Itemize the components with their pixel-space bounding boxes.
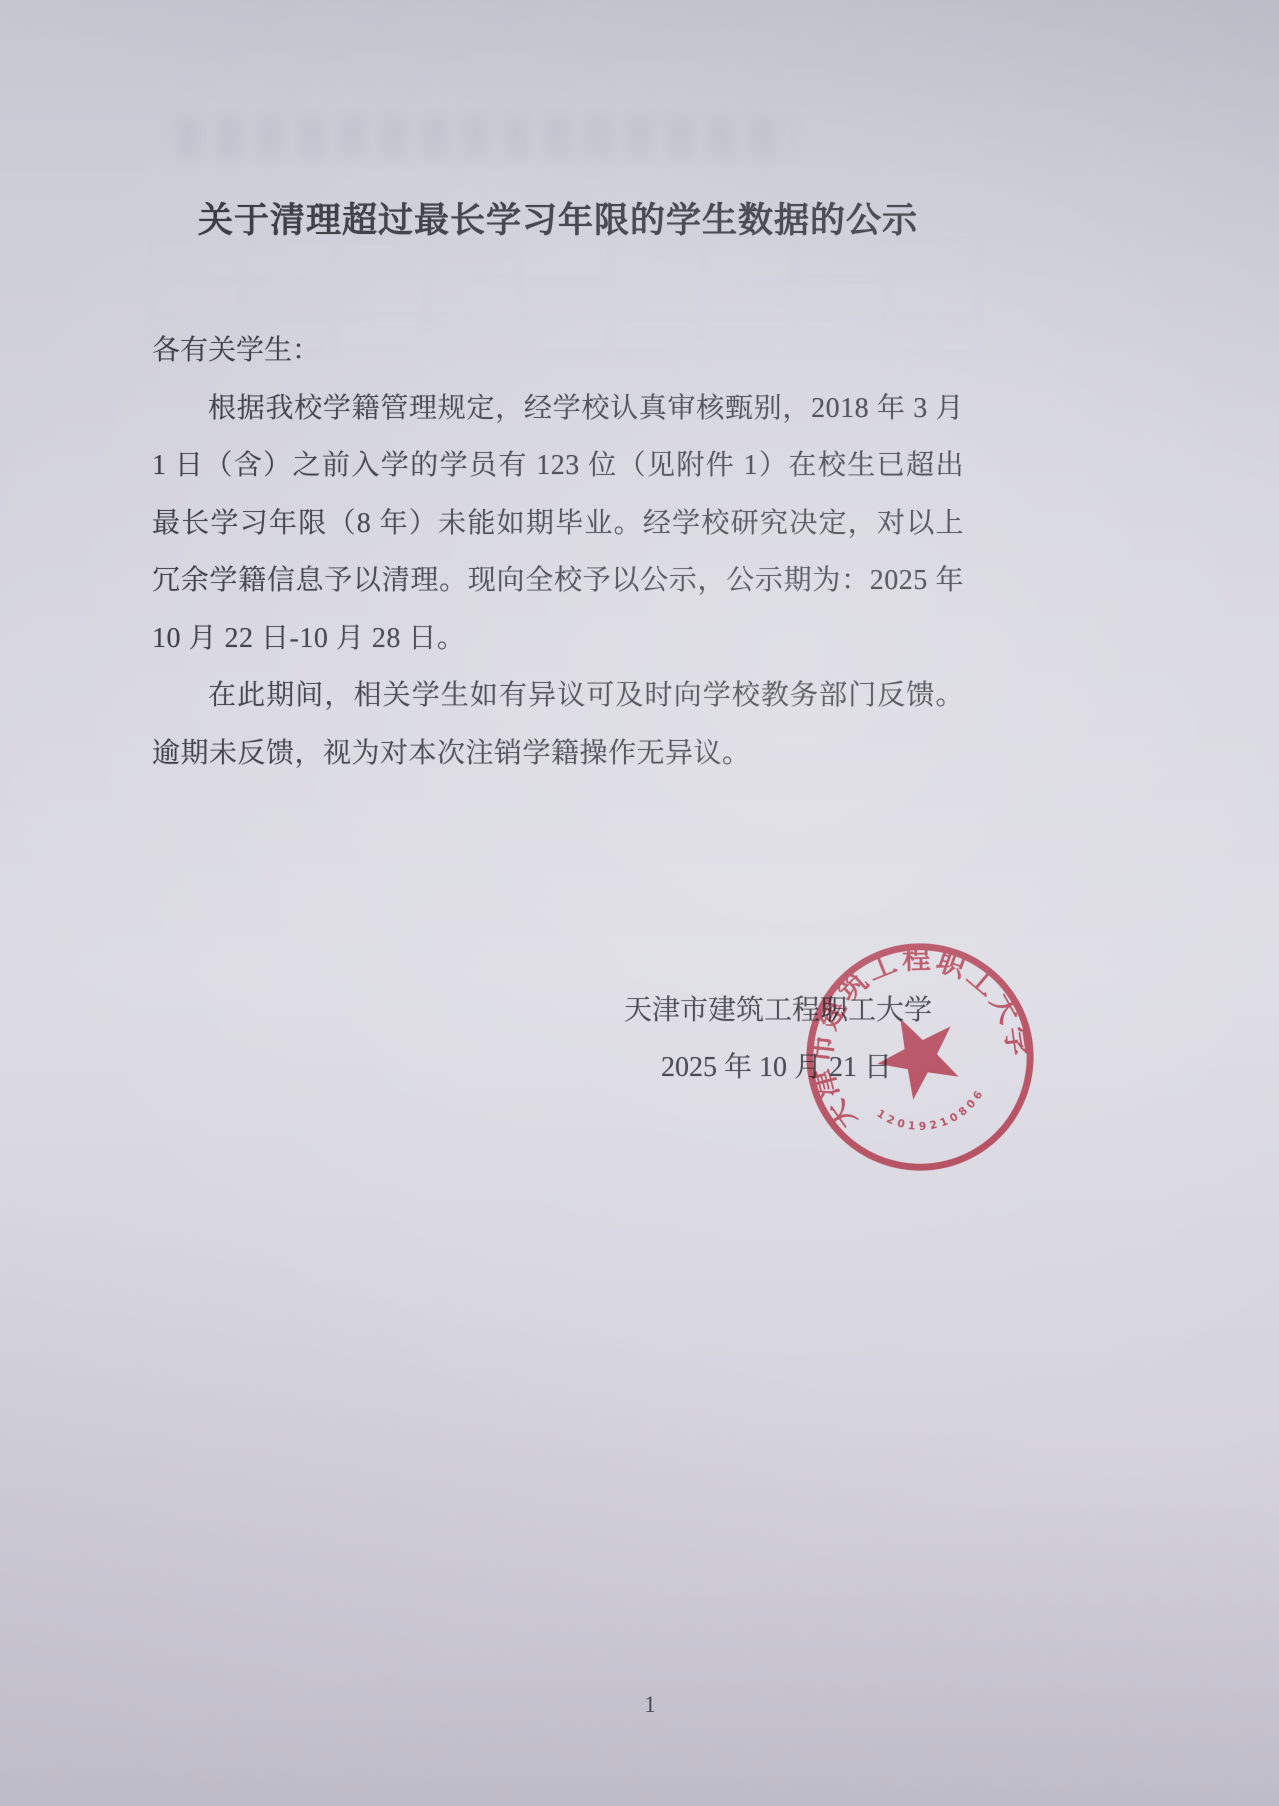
page-number: 1 (630, 1692, 670, 1718)
signature-date: 2025 年 10 月 21 日 (152, 1039, 964, 1096)
bleed-through-title (175, 116, 795, 160)
page-title: 关于清理超过最长学习年限的学生数据的公示 (152, 196, 964, 246)
stamp-serial-text-path (873, 1089, 991, 1140)
document-page: 关于清理超过最长学习年限的学生数据的公示 各有关学生： 根据我校学籍管理规定，经… (0, 0, 1279, 1806)
signature-organization: 天津市建筑工程职工大学 (152, 982, 964, 1039)
salutation: 各有关学生： (152, 322, 964, 380)
document-content: 关于清理超过最长学习年限的学生数据的公示 各有关学生： 根据我校学籍管理规定，经… (152, 178, 964, 1096)
paragraph-2: 在此期间，相关学生如有异议可及时向学校教务部门反馈。逾期未反馈，视为对本次注销学… (152, 667, 964, 782)
paragraph-1: 根据我校学籍管理规定，经学校认真审核甄别，2018 年 3 月 1 日（含）之前… (152, 380, 964, 668)
signature-block: 天津市建筑工程职工大学 2025 年 10 月 21 日 (152, 982, 964, 1096)
